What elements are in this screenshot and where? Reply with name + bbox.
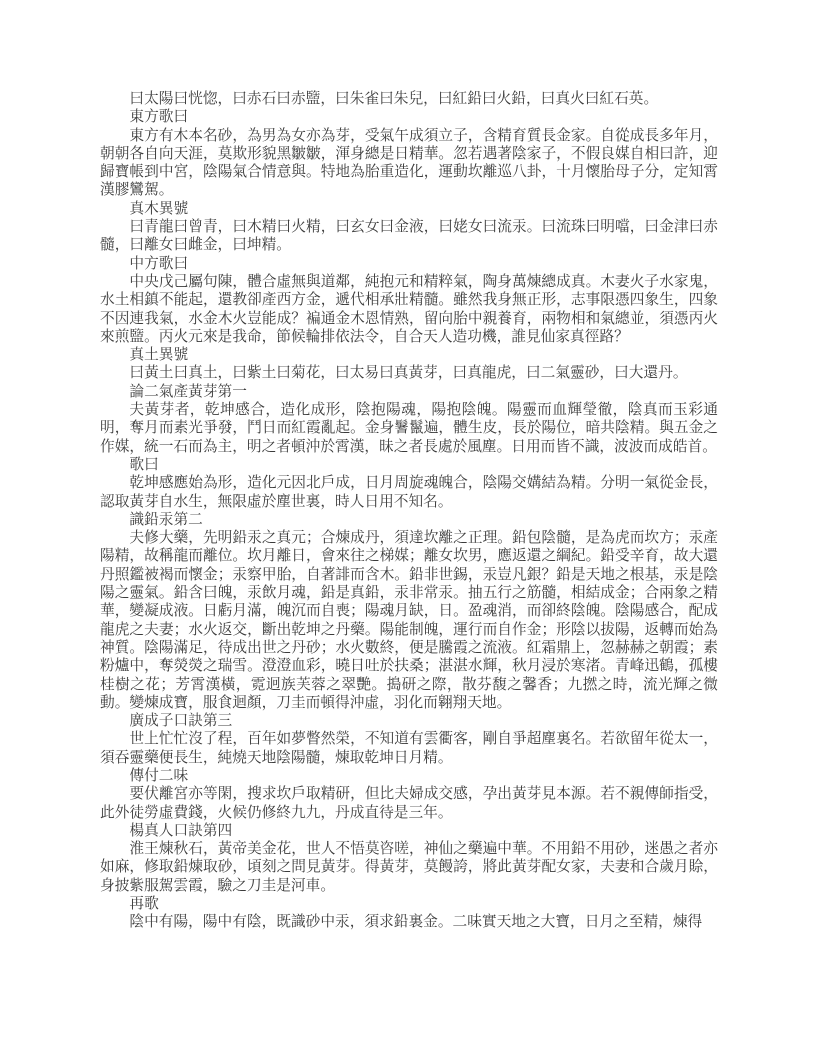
body-paragraph: 中央戊己屬句陳，體合虛無與道鄰，純抱元和精粹氣，陶身萬煉總成真。木妻火子水家鬼，… [100,273,718,346]
document-page: 曰太陽曰恍惚，曰赤石曰赤盬，曰朱雀曰朱兒，曰紅鉛曰火鉛，曰真火曰紅石英。東方歌曰… [0,0,816,1056]
body-paragraph: 夫黃芽者，乾坤感合，造化成形，陰抱陽魂，陽抱陰魄。陽靈而血輝瑩徹，陰真而玉彩通明… [100,401,718,456]
body-paragraph: 陰中有陽，陽中有陰，既識砂中汞，須求鉛裏金。二味實天地之大寶，日月之至精，煉得 [100,913,718,931]
body-paragraph: 淮王煉秋石，黃帝美金花，世人不悟莫咨嗟，神仙之藥遍中華。不用鉛不用砂，迷愚之者亦… [100,840,718,895]
body-paragraph: 世上忙忙沒了程，百年如夢瞥然榮，不知道有雲衢客，剛自爭超塵裏名。若欲留年從太一，… [100,730,718,767]
section-heading: 再歌 [100,895,718,913]
body-paragraph: 曰太陽曰恍惚，曰赤石曰赤盬，曰朱雀曰朱兒，曰紅鉛曰火鉛，曰真火曰紅石英。 [100,90,718,108]
text-block: 曰太陽曰恍惚，曰赤石曰赤盬，曰朱雀曰朱兒，曰紅鉛曰火鉛，曰真火曰紅石英。東方歌曰… [100,90,718,932]
body-paragraph: 曰青龍曰曾青，曰木精曰火精，曰玄女曰金液，曰姥女曰流汞。曰流珠曰明噹，曰金津曰赤… [100,218,718,255]
section-heading: 論二氣產黃芽第一 [100,383,718,401]
section-heading: 識鉛汞第二 [100,511,718,529]
section-heading: 中方歌曰 [100,255,718,273]
section-heading: 真木異號 [100,200,718,218]
section-heading: 傳付二味 [100,767,718,785]
body-paragraph: 乾坤感應始為形，造化元因北戶成，日月周旋魂魄合，陰陽交媾結為精。分明一氣從金長，… [100,474,718,511]
body-paragraph: 要伏離宮亦等閑，搜求坎戶取精研，但比夫婦成交感，孕出黃芽見本源。若不親傳師指受，… [100,785,718,822]
section-heading: 歌曰 [100,456,718,474]
section-heading: 楊真人口訣第四 [100,822,718,840]
section-heading: 東方歌曰 [100,108,718,126]
body-paragraph: 曰黃土曰真土，曰紫土曰菊花，曰太易曰真黃芽，曰真龍虎，曰二氣靈砂，曰大還丹。 [100,364,718,382]
body-paragraph: 東方有木本名砂，為男為女亦為芽，受氣午成須立子，含精育質長金家。自從成長多年月，… [100,127,718,200]
body-paragraph: 夫修大藥，先明鉛汞之真元；合煉成丹，須達坎離之正理。鉛包陰髓，是為虎而坎方；汞產… [100,529,718,712]
section-heading: 真土異號 [100,346,718,364]
section-heading: 廣成子口訣第三 [100,712,718,730]
